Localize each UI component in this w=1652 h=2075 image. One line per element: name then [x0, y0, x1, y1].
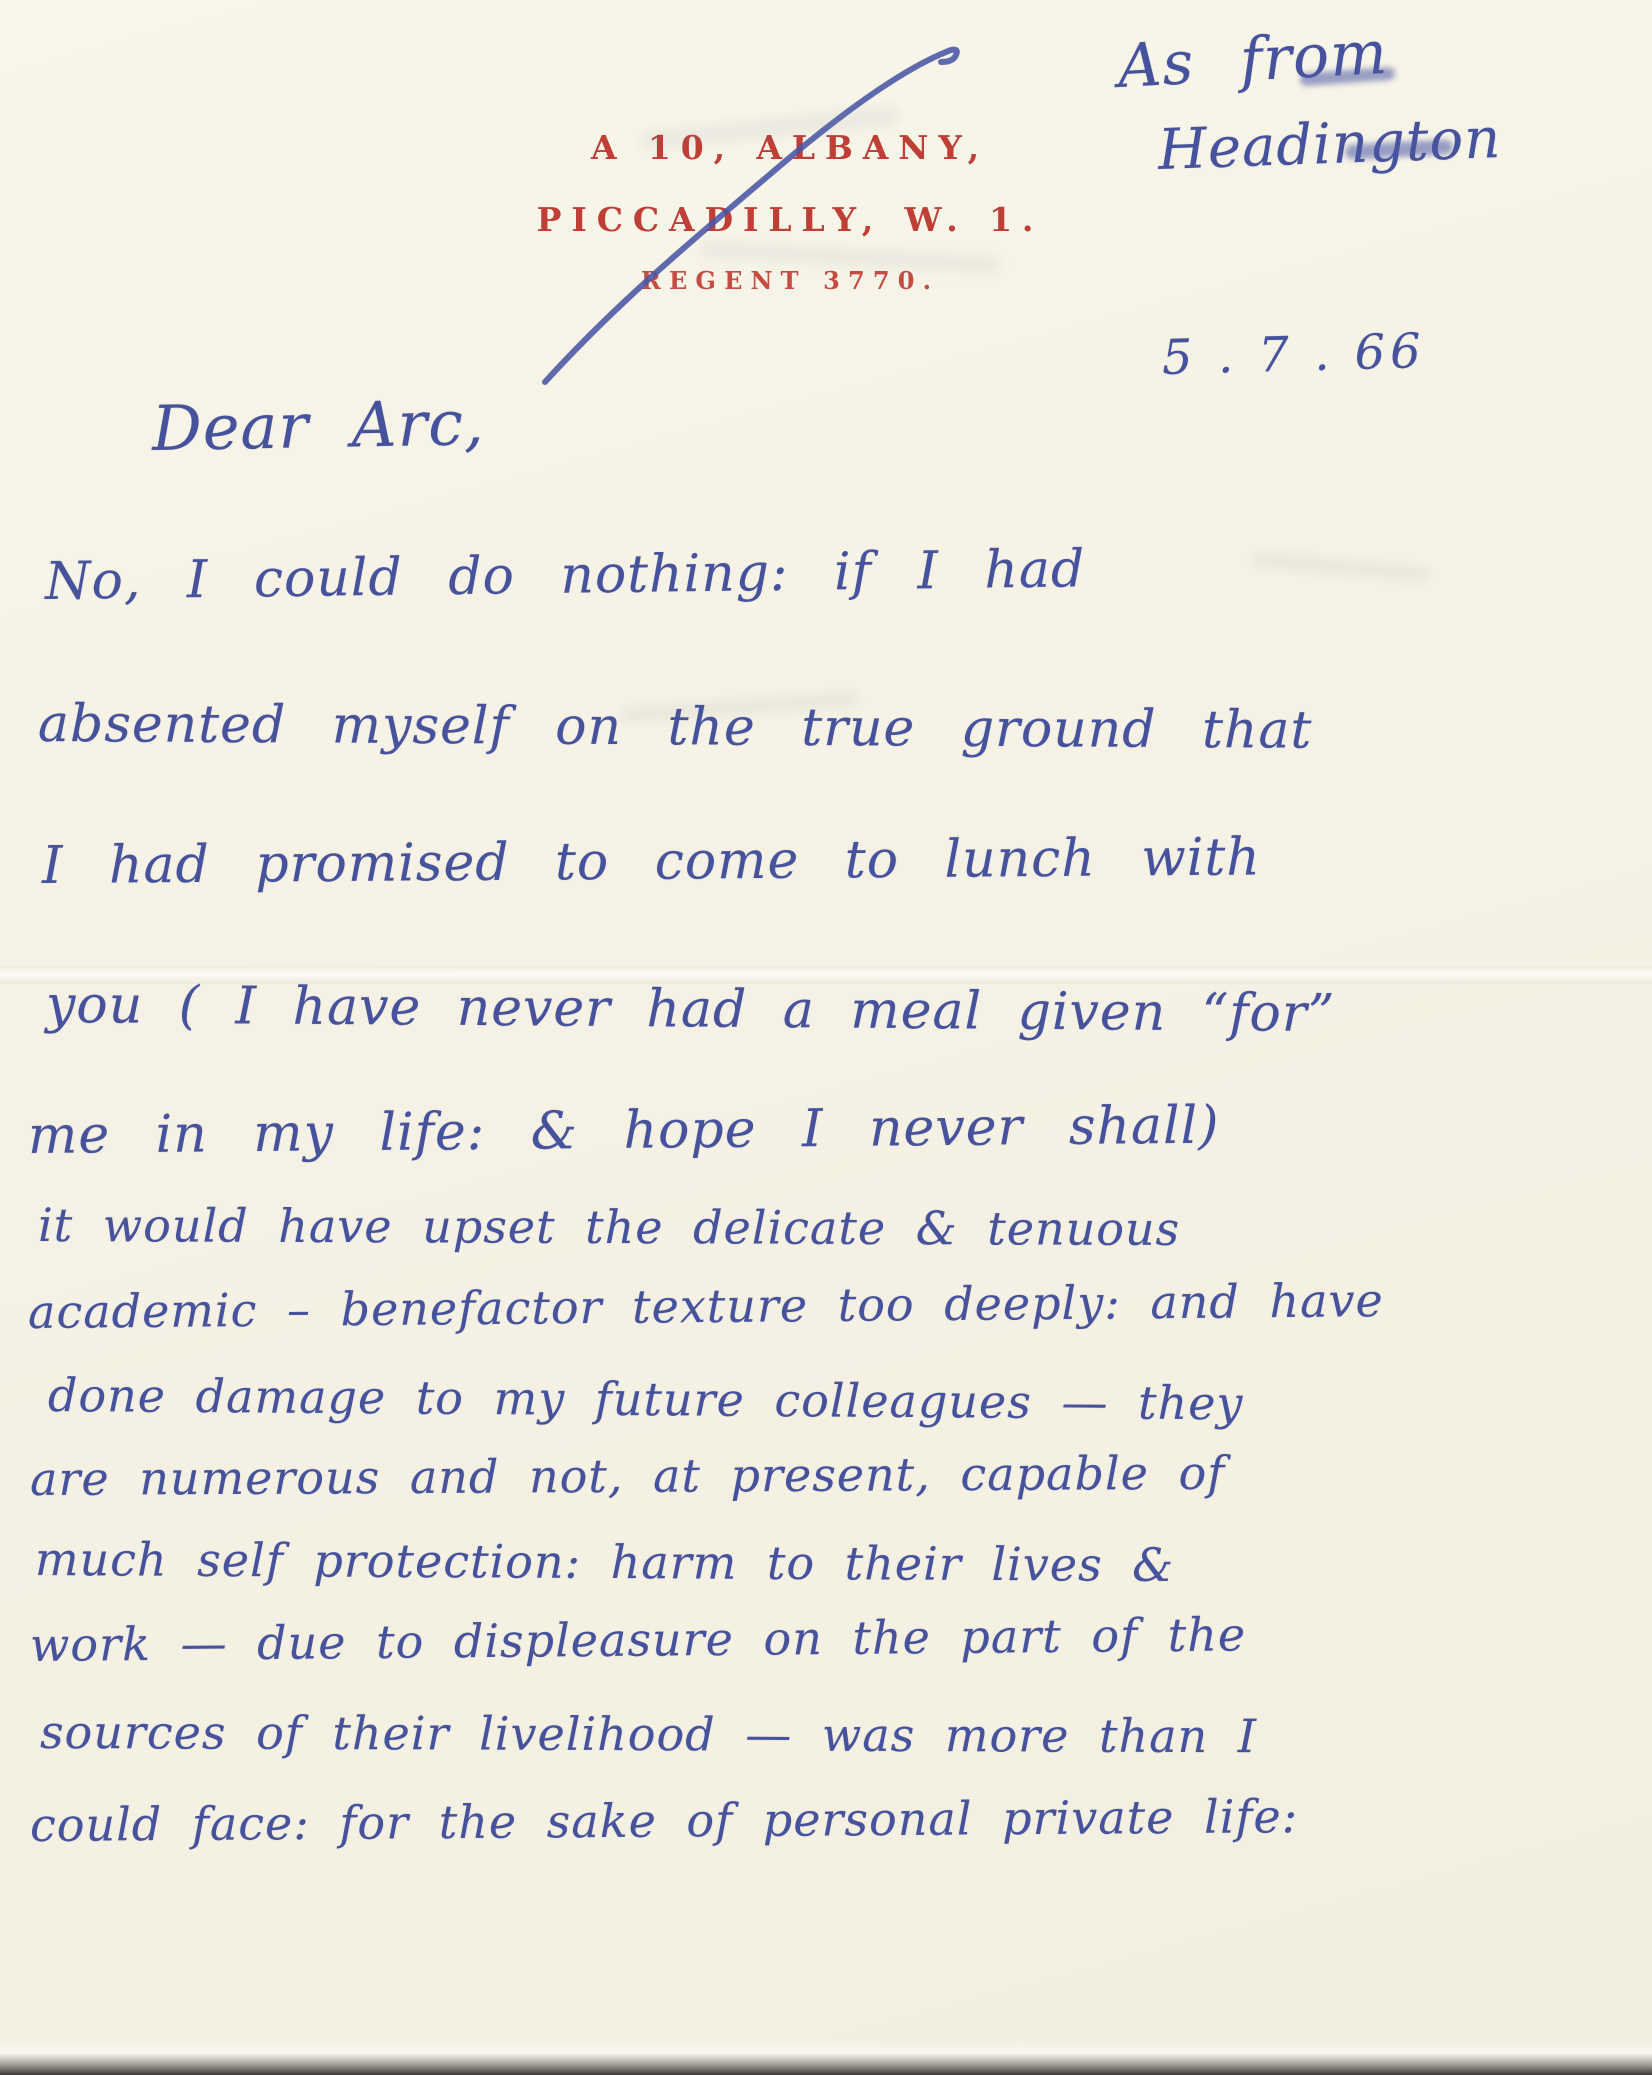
body-line: I had promised to come to lunch with — [42, 827, 1261, 896]
body-line: academic – benefactor texture too deeply… — [28, 1273, 1384, 1339]
body-line: could face: for the sake of personal pri… — [30, 1789, 1299, 1852]
date-note: 5 . 7 . 66 — [1161, 323, 1426, 386]
show-through-mark — [1250, 552, 1431, 582]
body-line: you ( I have never had a meal given “for… — [46, 975, 1336, 1044]
body-line: work — due to displeasure on the part of… — [30, 1607, 1247, 1672]
body-line: are numerous and not, at present, capabl… — [30, 1446, 1225, 1506]
body-line: absented myself on the true ground that — [38, 694, 1313, 761]
body-line: it would have upset the delicate & tenuo… — [38, 1198, 1180, 1256]
body-line: No, I could do nothing: if I had — [45, 539, 1086, 612]
fold-crease — [0, 966, 1652, 984]
body-line: sources of their livelihood — was more t… — [40, 1705, 1257, 1763]
salutation: Dear Arc, — [151, 386, 485, 465]
body-line: done damage to my future colleagues — th… — [48, 1368, 1244, 1430]
body-line: me in my life: & hope I never shall) — [28, 1096, 1220, 1166]
as-from-note: As from — [1116, 18, 1389, 102]
body-line: much self protection: harm to their live… — [35, 1532, 1175, 1592]
letter-page: A 10, ALBANY, PICCADILLY, W. 1. REGENT 3… — [0, 0, 1652, 2075]
letterhead-address-line2: PICCADILLY, W. 1. — [0, 200, 1580, 239]
scan-edge — [0, 2041, 1652, 2075]
letterhead-telephone-line: REGENT 3770. — [0, 266, 1580, 295]
